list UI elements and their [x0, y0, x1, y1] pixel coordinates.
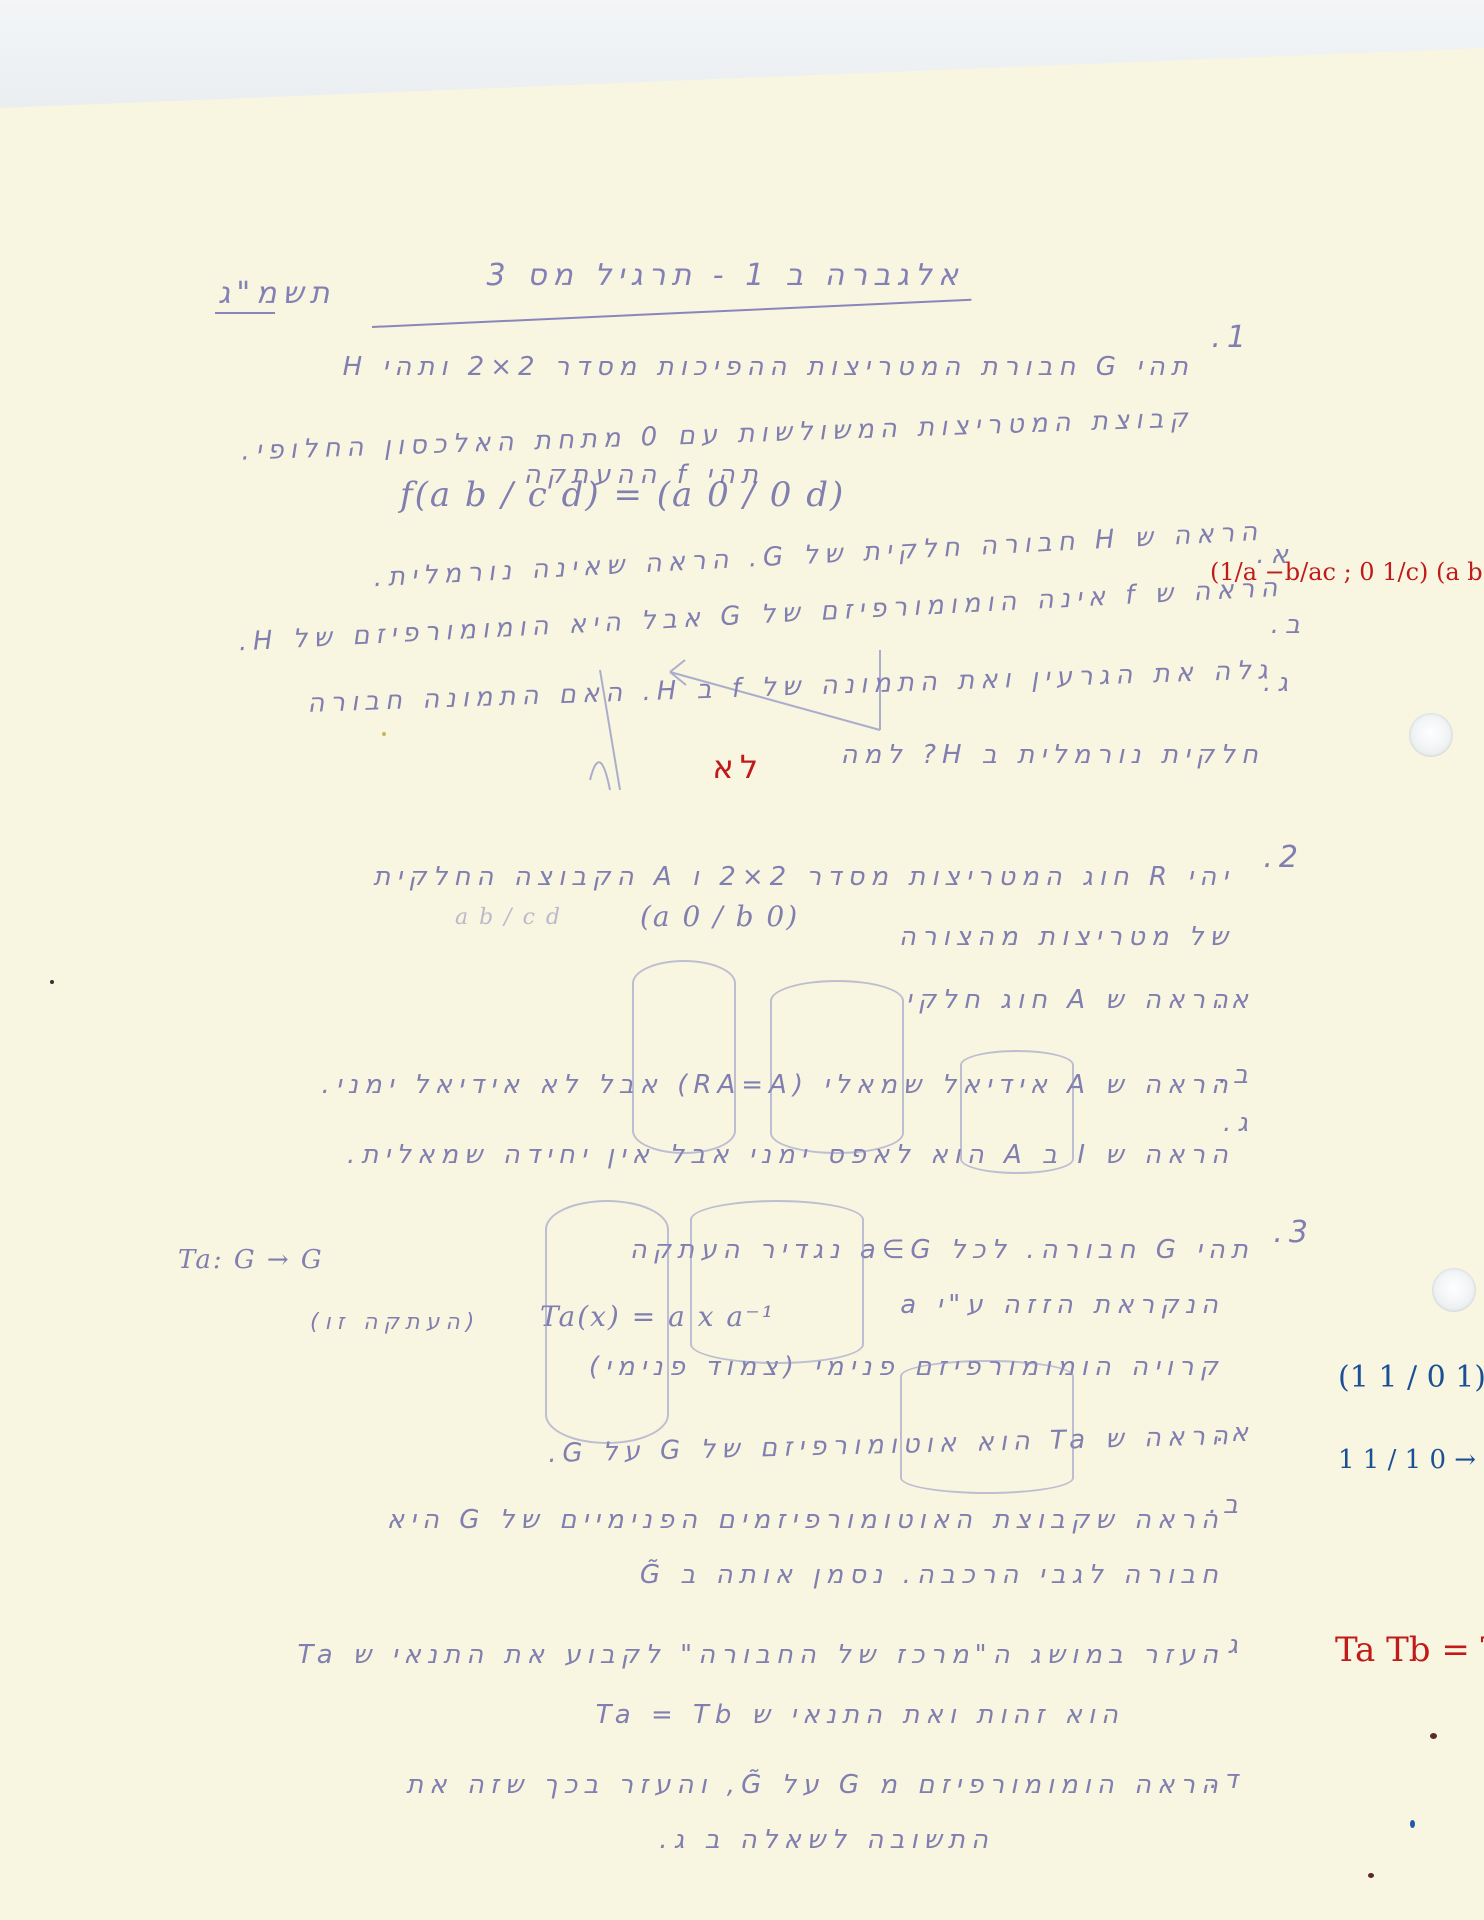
q3-part-b: הראה שקבוצת האוטומורפיזמים הפנימיים של G…	[387, 1505, 1224, 1535]
binder-hole-top	[1409, 713, 1453, 757]
q3-part-c-cont: הוא זהות ואת התנאי ש Ta = Tb	[596, 1700, 1124, 1730]
q2-pencil-bracket-3	[960, 1050, 1074, 1174]
q3-part-b-cont: חבורה לגבי הרכבה. נסמן אותה ב G̃	[640, 1560, 1224, 1590]
q3-part-d: הראה הומומורפיזם מ G על G̃, והעזר בכך שז…	[406, 1770, 1224, 1800]
q1-red-annotation: (1/a −b/ac ; 0 1/c) (a b ; 0 c)⁻¹	[1210, 558, 1484, 586]
q1-arrow-sketch	[580, 630, 980, 800]
q3-number: 3.	[1273, 1215, 1314, 1250]
q3-line-2: הנקראת הזזה ע"י a	[900, 1290, 1224, 1320]
q3-pencil-bracket-3	[900, 1360, 1074, 1494]
ink-dot	[1430, 1733, 1437, 1739]
q2-part-b-label: ב.	[1219, 1060, 1254, 1090]
q2-number: 2.	[1263, 840, 1304, 875]
q2-pencil-bracket-2	[770, 980, 904, 1154]
q1-formula: f(a b / c d) = (a 0 / 0 d)	[400, 475, 845, 515]
q3-part-c: העזר במושג ה"מרכז של החבורה" לקבוע את הת…	[298, 1640, 1224, 1670]
ink-dot	[50, 980, 54, 984]
q2-line-2: של מטריצות מהצורה	[899, 922, 1234, 952]
document-title: אלגברה ב 1 - תרגיל מס 3	[486, 258, 964, 293]
margin-red-formula: Ta Tb = Tab	[1335, 1630, 1484, 1670]
q3-part-b-label: ב.	[1209, 1490, 1244, 1520]
q2-formula: (a 0 / b 0)	[640, 900, 799, 933]
q2-part-c-label: ג.	[1223, 1108, 1254, 1138]
q2-pencil-bracket-1	[632, 960, 736, 1154]
margin-blue-matrix-2: 1 1 / 1 0 → 1 1 / 1 1	[1338, 1445, 1484, 1475]
ink-dot	[1410, 1820, 1415, 1828]
q2-side-note: a b / c d	[455, 905, 562, 930]
ink-dot	[1368, 1873, 1374, 1878]
ink-dot	[382, 732, 386, 736]
q3-pencil-bracket-1	[545, 1200, 669, 1444]
q1-line-1: תהי G חבורת המטריצות ההפיכות מסדר 2×2 ות…	[343, 352, 1194, 382]
q2-line-1: יהי R חוג המטריצות מסדר 2×2 ו A הקבוצה ה…	[373, 862, 1234, 892]
q2-part-a-label: א.	[1216, 985, 1254, 1015]
q3-part-d-cont: התשובה לשאלה ב ג.	[659, 1825, 994, 1855]
q3-part-c-label: ג.	[1213, 1630, 1244, 1660]
q3-pencil-bracket-2	[690, 1200, 864, 1364]
q1-part-b-label: ב.	[1271, 610, 1306, 640]
q3-left-margin-map: Ta: G → G	[178, 1245, 324, 1275]
q2-part-a: הראה ש A חוג חלקי	[906, 985, 1234, 1015]
document-year: תשמ"ג	[218, 276, 336, 311]
binder-hole-bottom	[1432, 1268, 1476, 1312]
margin-blue-matrix-1: (1 1 / 0 1) →	[1338, 1360, 1484, 1395]
q1-number: 1.	[1211, 320, 1252, 355]
year-underline	[215, 312, 275, 314]
q3-part-a-label: א.	[1216, 1418, 1254, 1448]
q1-part-c-label: ג.	[1263, 668, 1294, 698]
q3-part-d-label: ד.	[1210, 1765, 1244, 1795]
q3-formula-note: (העתקה זו)	[310, 1310, 480, 1335]
